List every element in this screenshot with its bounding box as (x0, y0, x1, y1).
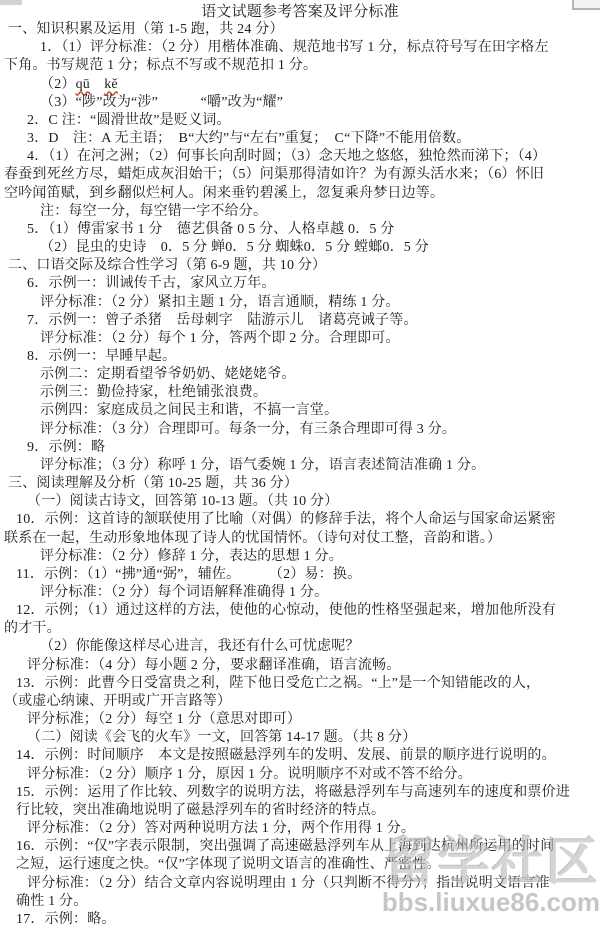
text-line: 1．（1）评分标准：（2 分）用楷体准确、规范地书写 1 分，标点符号写在田字格… (0, 39, 600, 57)
text-line: 联系在一起，生动形象地体现了诗人的忧国情怀。（诗句对仗工整，音韵和谐。） (0, 530, 600, 548)
scan-artifact-top-left (0, 0, 22, 5)
pinyin-text: kě (104, 77, 118, 92)
text-fragment (90, 77, 104, 92)
text-line: 14．示例：时间顺序 本文是按照磁悬浮列车的发明、发展、前景的顺序进行说明的。 (0, 747, 600, 765)
text-line: （3）“陟”改为“涉” “嚼”改为“耀” (0, 94, 600, 112)
text-line: 16．示例：“仅”字表示限制，突出强调了高速磁悬浮列车从上海到达杭州所运用的时间 (0, 838, 600, 856)
text-line: 一、知识积累及运用（第 1-5 跑，共 24 分） (0, 21, 600, 39)
text-line: 11．示例：（1）“拂”通“弼”，辅佐。 （2）易：换。 (0, 566, 600, 584)
text-line: 9．示例：略 (0, 439, 600, 457)
text-line: 评分标准：（2 分）修辞 1 分，表达的思想 1 分。 (0, 548, 600, 566)
text-line: 评分标准：（2 分）每个词语解释准确得 1 分。 (0, 584, 600, 602)
text-line: （一）阅读古诗文，回答第 10-13 题。（共 10 分） (0, 493, 600, 511)
document-body: 一、知识积累及运用（第 1-5 跑，共 24 分）1．（1）评分标准：（2 分）… (0, 21, 600, 926)
scan-artifact-top-right (572, 0, 600, 10)
text-line: （2）qū kě (0, 76, 600, 94)
text-line: 之短，运行速度之快。“仅”字体现了说明文语言的准确性、严密性。 (0, 856, 600, 874)
text-line: （或虚心纳谏、开明或广开言路等） (0, 693, 600, 711)
text-line: 评分标准；（3 分）称呼 1 分，语气委婉 1 分，语言表述简洁准确 1 分。 (0, 457, 600, 475)
text-line: 8．示例一：早睡早起。 (0, 348, 600, 366)
text-line: 4．（1）在河之洲；（2）何事长向刮时圆；（3）念天地之悠悠，独怆然而涕下；（4… (0, 148, 600, 166)
text-line: 评分标准：（3 分）合理即可。每条一分，有三条合理即可得 3 分。 (0, 421, 600, 439)
text-line: 二、口语交际及综合性学习（第 6-9 题，共 10 分） (0, 257, 600, 275)
text-line: 评分标准：（2 分）答对两种说明方法 1 分，两个作用得 1 分。 (0, 820, 600, 838)
text-line: 7．示例一：曾子杀猪 岳母刺字 陆游示儿 诸葛亮诫子等。 (0, 312, 600, 330)
text-line: 2．C 注：“圆滑世故”是贬义词。 (0, 112, 600, 130)
text-line: 12．示例；（1）通过这样的方法，使他的心惊动，使他的性格坚强起来，增加他所没有 (0, 602, 600, 620)
text-line: 3．D 注：A 无主语； B“大约”与“左右”重复； C“下降”不能用倍数。 (0, 130, 600, 148)
answer-key-page: 语文试题参考答案及评分标准 一、知识积累及运用（第 1-5 跑，共 24 分）1… (0, 0, 600, 926)
text-line: 6．示例一：训诫传千古，家风立万年。 (0, 275, 600, 293)
text-line: 评分标准：（2 分）顺序 1 分，原因 1 分。说明顺序不对或不答不给分。 (0, 766, 600, 784)
pinyin-text: qū (76, 77, 90, 92)
text-line: 下角。书写规范 1 分；标点不写或不规范扣 1 分。 (0, 57, 600, 75)
text-line: 13．示例：此曹今日受富贵之利，陛下他日受危亡之祸。“上”是一个知错能改的人， (0, 675, 600, 693)
text-line: 春蚕到死丝方尽，蜡炬成灰泪始干；（5）问渠那得清如许？为有源头活水来；（6）怀旧 (0, 166, 600, 184)
text-fragment: （2） (40, 77, 76, 92)
text-line: 示例四：家庭成员之间民主和谐，不搞一言堂。 (0, 402, 600, 420)
text-line: 的才干。 (0, 620, 600, 638)
text-line: 评分标准：（2 分）结合文章内容说明理由 1 分（只判断不得分）；指出说明文语言… (0, 875, 600, 893)
text-line: （2）你能像这样尽心进言，我还有什么可忧虑呢？ (0, 638, 600, 656)
document-title: 语文试题参考答案及评分标准 (0, 3, 600, 21)
text-line: （二）阅读《会飞的火车》一文，回答第 14-17 题。（共 8 分） (0, 729, 600, 747)
text-line: （2）昆虫的史诗 0．5 分 蝉0．5 分 蜘蛛0．5 分 螳螂0．5 分 (0, 239, 600, 257)
text-line: 行比较，突出准确地说明了磁悬浮列车的省时经济的特点。 (0, 802, 600, 820)
text-line: 17．示例：略。 (0, 911, 600, 926)
text-line: 注：每空一分，每空错一字不给分。 (0, 203, 600, 221)
text-line: 确性 1 分。 (0, 893, 600, 911)
text-line: 评分标准：（2 分）紧扣主题 1 分，语言通顺，精练 1 分。 (0, 294, 600, 312)
text-line: 评分标准：（4 分）每小题 2 分，要求翻译准确，语言流畅。 (0, 657, 600, 675)
text-line: 评分标准；（2 分）每空 1 分（意思对即可） (0, 711, 600, 729)
text-line: 5．（1）傅雷家书 1 分 德艺俱备 0 5 分、人格卓越 0．5 分 (0, 221, 600, 239)
text-line: 10．示例：这首诗的颔联使用了比喻（对偶）的修辞手法，将个人命运与国家命运紧密 (0, 511, 600, 529)
text-line: 示例二：定期看望爷爷奶奶、姥姥姥爷。 (0, 366, 600, 384)
text-line: 空吟闻笛赋，到乡翻似烂柯人。闲来垂钓碧溪上，忽复乘舟梦日边等。 (0, 185, 600, 203)
text-line: 三、阅读理解及分析（第 10-25 题，共 36 分） (0, 475, 600, 493)
text-line: 15．示例：运用了作比较、列数字的说明方法，将磁悬浮列车与高速列车的速度和票价进 (0, 784, 600, 802)
text-line: 评分标准：（2 分）每个 1 分，答两个即 2 分。合理即可。 (0, 330, 600, 348)
text-line: 示例三：勤俭持家，杜绝铺张浪费。 (0, 384, 600, 402)
